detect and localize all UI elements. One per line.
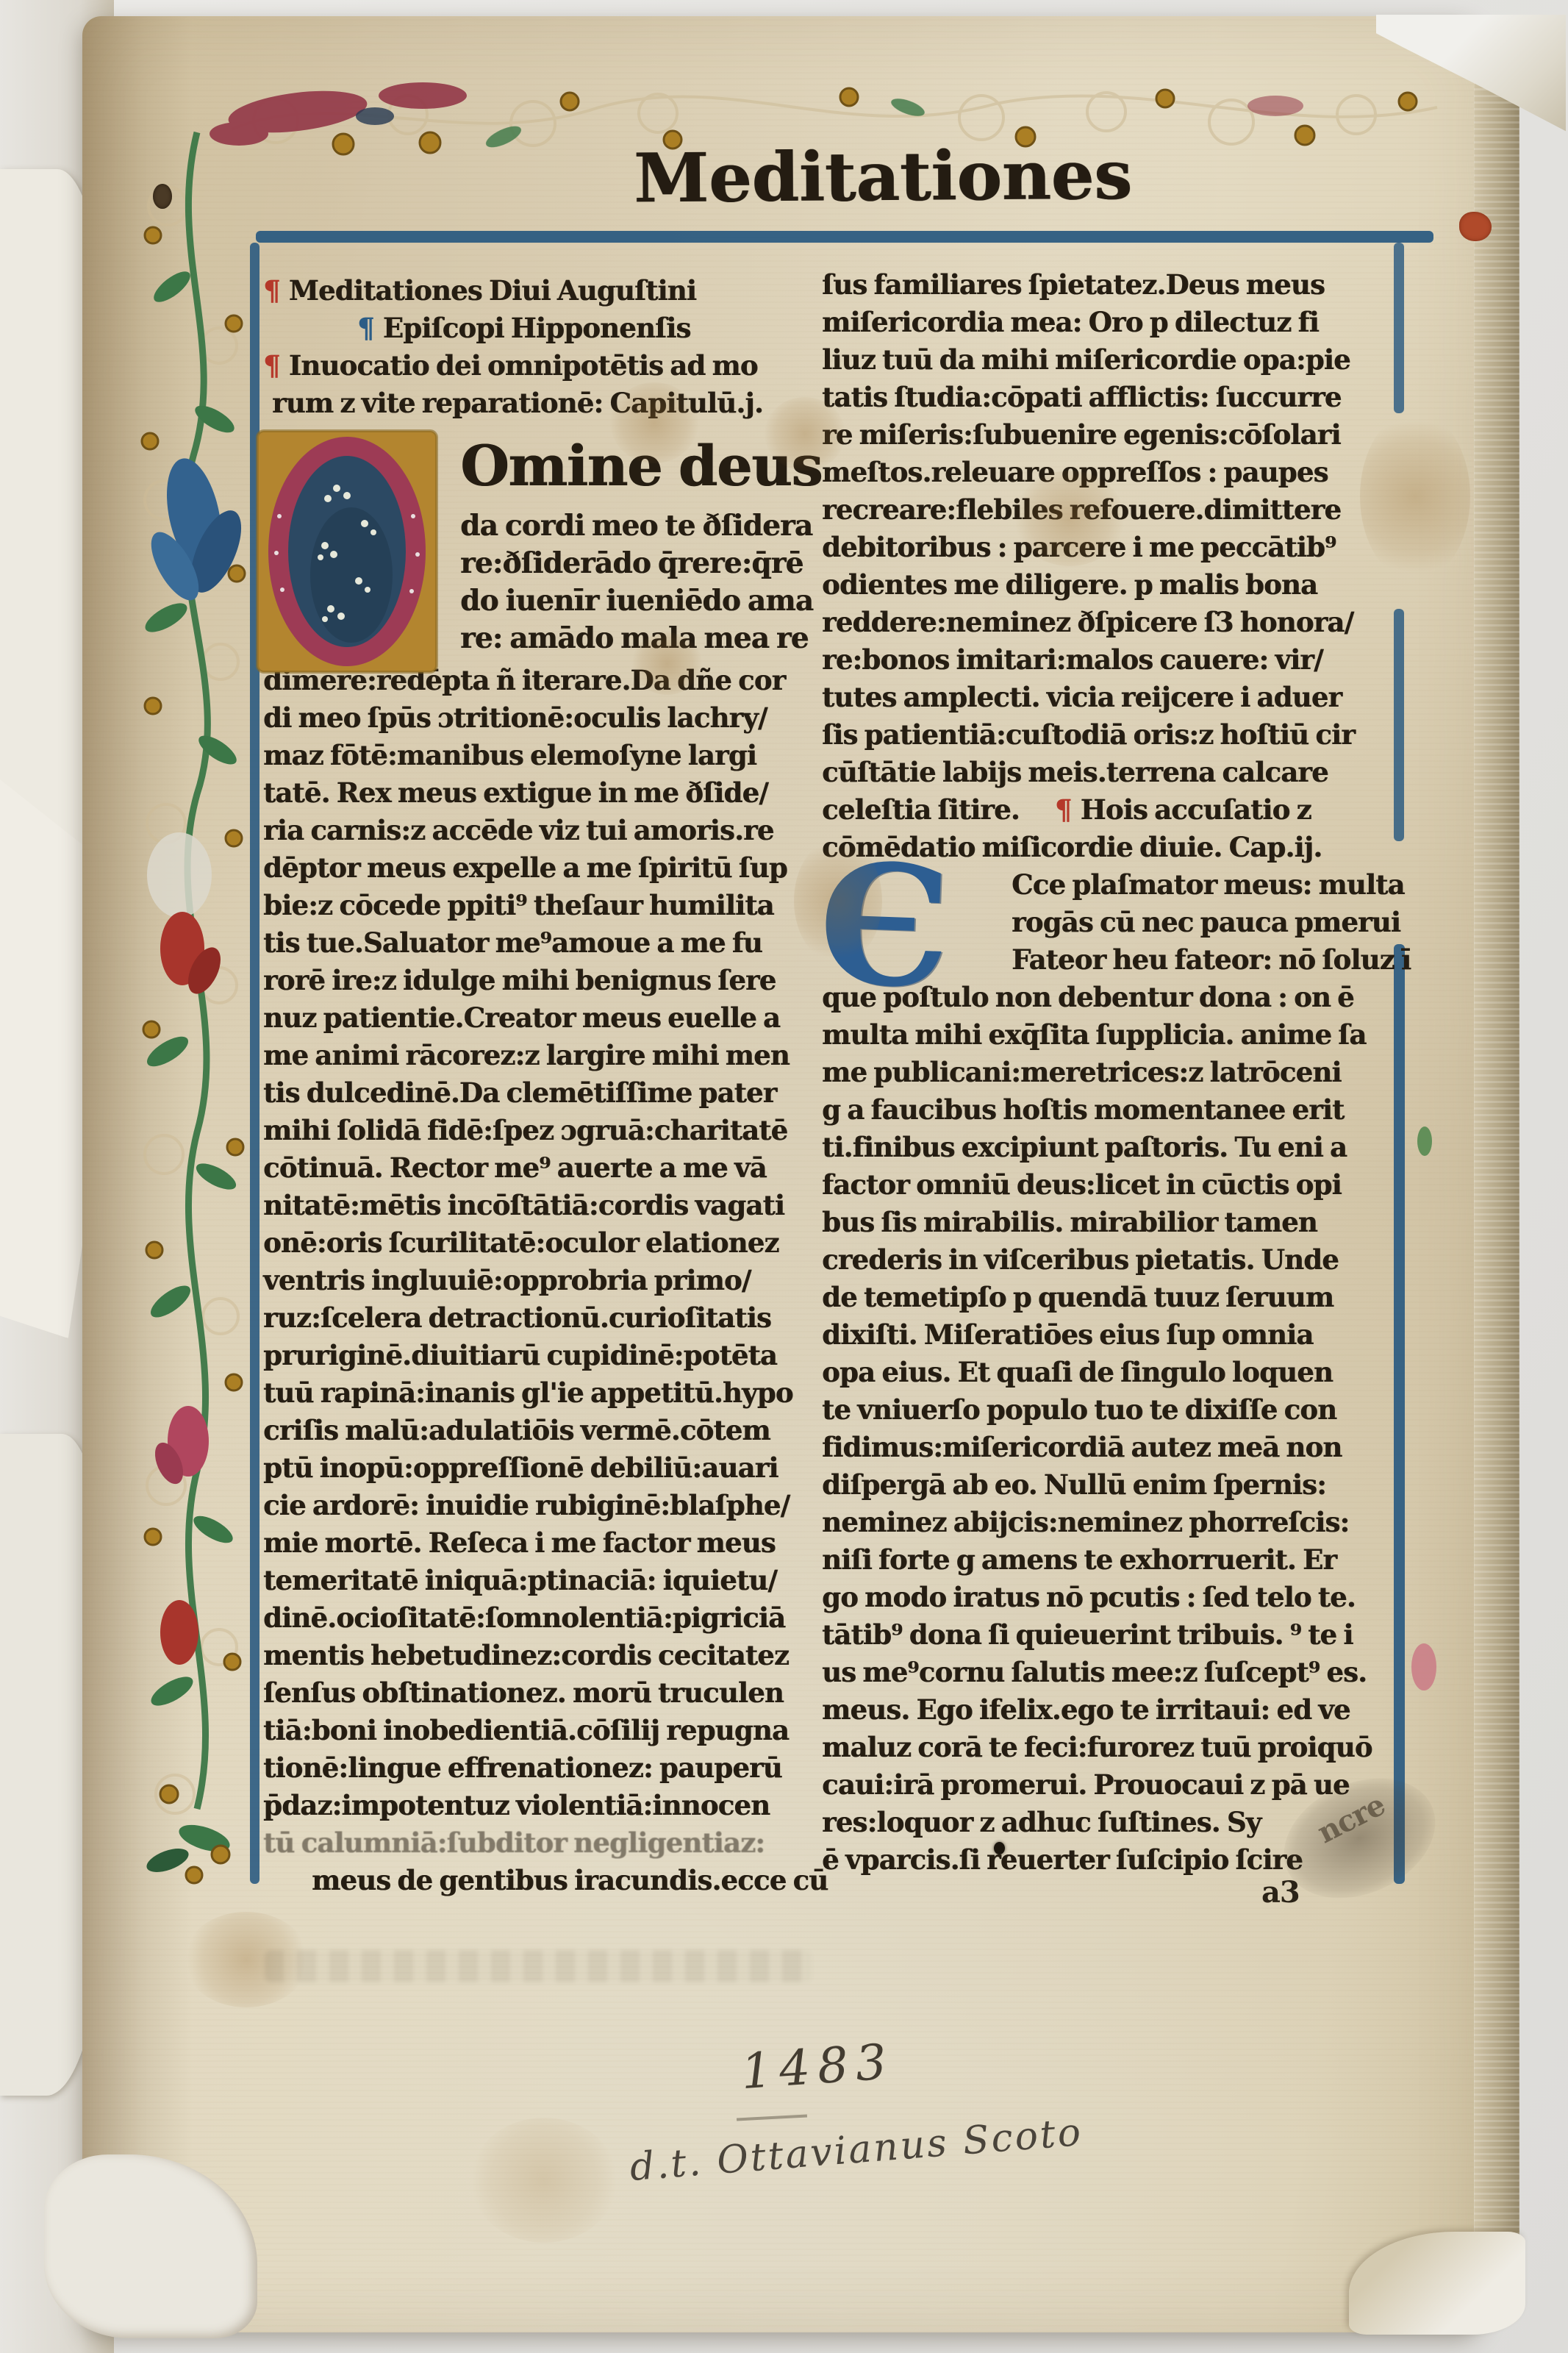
right-column-body-2: que poſtulo non debentur dona : on ēmult… <box>822 979 1406 1879</box>
text-line: miſericordia mea: Oro p dilectuz fi <box>822 304 1406 341</box>
text-line: cūſtātie labijs meis.terrena calcare <box>822 754 1406 791</box>
text-line: ruz:ſcelera detractionū.curioſitatis <box>263 1299 811 1337</box>
text-line: tātib⁹ dona ſi quieuerint tribuis. ⁹ te … <box>822 1616 1406 1654</box>
text-line: da cordi meo te ðſidera <box>460 507 811 545</box>
text-line: tuū rapinā:inanis gl'ie appetitū.hypo <box>263 1374 811 1412</box>
heading-line: ¶Meditationes Diui Auguſtini <box>263 272 811 310</box>
text-line: cie ardorē: inuidie rubiginē:blaſphe/ <box>263 1487 811 1524</box>
text-line: me animi rācorez:z largire mihi men <box>263 1037 811 1074</box>
text-line: tutes amplecti. vicia reijcere i aduer <box>822 679 1406 716</box>
heading-line: ¶Inuocatio dei omnipotētis ad mo <box>263 347 811 385</box>
photo-scene: Meditationes ¶Meditationes Diui Auguſtin… <box>0 0 1568 2353</box>
text-line: di meo ſpūs ɔtritionē:oculis lachry/ <box>263 699 811 737</box>
chapter2-title: Hois accuſatio z <box>1081 793 1311 826</box>
text-line: tū calumniā:ſubditor negligentiaz: <box>263 1824 811 1862</box>
chapter-break-line: celeſtia ſitire.¶Hois accuſatio z <box>822 791 1406 829</box>
text-line: pruriginē.diuitiarū cupidinē:potēta <box>263 1337 811 1374</box>
pilcrow-mark: ¶ <box>263 274 280 307</box>
right-column-body-1: ſus familiares ſpietatez.Deus meusmiſeri… <box>822 266 1406 791</box>
text-line: liuz tuū da mihi miſericordie opa:pie <box>822 341 1406 379</box>
text-line: rorē ire:z idulge mihi benignus ſere <box>263 962 811 999</box>
text-line: nitatē:mētis incōſtātiā:cordis vagati <box>263 1187 811 1224</box>
chapter2-opening: Є Cce plaſmator meus: multarogās cū nec … <box>822 866 1406 979</box>
text-line: mihi ſolidā fidē:ſpez ɔgruā:charitatē <box>263 1112 811 1149</box>
text-line: te vniuerſo populo tuo te dixiſſe con <box>822 1391 1406 1429</box>
heading-line: ¶Epiſcopi Hipponenſis <box>263 310 811 347</box>
illuminated-initial-d-icon <box>254 428 440 675</box>
heading-line: rum z vite reparationē: Capitulū.j. <box>263 385 811 422</box>
text-line: go modo iratus nō pcutis : ſed telo te. <box>822 1579 1406 1616</box>
red-flower <box>160 912 227 999</box>
text-line: re: amādo mala mea re <box>460 620 811 657</box>
text-line: nuz patientie.Creator meus euelle a <box>263 999 811 1037</box>
green-paint-mark <box>1417 1126 1432 1156</box>
text-line: opa eius. Et quaſi de ſingulo loquen <box>822 1354 1406 1391</box>
text-line: meus de gentibus iracundis.ecce cū <box>263 1862 811 1899</box>
text-line: g a faucibus hoſtis momentanee erit <box>822 1091 1406 1129</box>
blue-flower <box>142 454 251 607</box>
handwritten-year: 1483 <box>740 2033 896 2100</box>
offset-print-ghost <box>265 1950 812 1982</box>
heading-text: Meditationes Diui Auguſtini <box>289 274 696 307</box>
text-line: ti.finibus excipiunt paſtoris. Tu eni a <box>822 1129 1406 1166</box>
text-line: re:ðſiderādo q̄rere:q̄rē <box>460 545 811 582</box>
text-line: ſis patientiā:cuſtodiā oris:z hoſtiū cir <box>822 716 1406 754</box>
running-title: Meditationes <box>634 135 1149 218</box>
left-column-body: dimere:redēpta ñ iterare.Da dñe cordi me… <box>263 662 811 1899</box>
text-line: cōtinuā. Rector me⁹ auerte a me vā <box>263 1149 811 1187</box>
text-line: niſi forte g amens te exhorruerit. Er <box>822 1541 1406 1579</box>
heading-text: rum z vite reparationē: Capitulū.j. <box>272 387 763 419</box>
chapter1-heading: ¶Meditationes Diui Auguſtini ¶Epiſcopi H… <box>263 272 811 422</box>
text-line: ria carnis:z accēde viz tui amoris.re <box>263 812 811 849</box>
text-line: ſenſus obſtinationez. morū truculen <box>263 1674 811 1712</box>
text-line: tionē:lingue effrenationez: pauperū <box>263 1749 811 1787</box>
white-paint-blob <box>147 832 212 918</box>
text-line: do iuenīr iueniēdo ama <box>460 582 811 620</box>
text-line: Cce plaſmator meus: multa <box>1012 866 1406 904</box>
text-line: rogās cū nec pauca pmerui <box>1012 904 1406 941</box>
text-line: tatis ſtudia:cōpati afflictis: ſuccurre <box>822 379 1406 416</box>
text-line: maz fōtē:manibus elemoſyne largi <box>263 737 811 774</box>
pilcrow-mark: ¶ <box>263 349 280 382</box>
text-line: meus. Ego ifelix.ego te irritaui: ed ve <box>822 1691 1406 1729</box>
red-flower-low <box>160 1600 198 1665</box>
illuminated-initial-e-icon: Є <box>816 842 953 1012</box>
paper-hole <box>153 184 172 209</box>
left-text-column: ¶Meditationes Diui Auguſtini ¶Epiſcopi H… <box>263 272 811 1899</box>
text-line: meſtos.releuare oppreſſos : paupes <box>822 454 1406 491</box>
text-line: ptū inopū:oppreſſionē debiliū:auari <box>263 1449 811 1487</box>
text-line: recreare:flebiles refouere.dimittere <box>822 491 1406 529</box>
text-line: tiā:boni inobedientiā.cōſilij repugna <box>263 1712 811 1749</box>
text-line: tis dulcedinē.Da clemētiſſime pater <box>263 1074 811 1112</box>
text-line: maluz corā te feci:furorez tuū proiquō <box>822 1729 1406 1766</box>
text-line: dēptor meus expelle a me ſpiritū ſup <box>263 849 811 887</box>
heading-text: Epiſcopi Hipponenſis <box>383 312 691 344</box>
text-line: odientes me diligere. p malis bona <box>822 566 1406 604</box>
text-line: Fateor heu fateor: nō ſoluz ī <box>1012 941 1406 979</box>
text-line: re:bonos imitari:malos cauere: vir/ <box>822 641 1406 679</box>
text-line: us me⁹cornu ſalutis mee:z ſuſcept⁹ es. <box>822 1654 1406 1691</box>
wormhole <box>994 1842 1005 1854</box>
text-line: mentis hebetudinez:cordis cecitatez <box>263 1637 811 1674</box>
text-line: celeſtia ſitire. <box>822 793 1020 826</box>
pilcrow-mark: ¶ <box>1055 793 1072 826</box>
text-line: re miſeris:ſubuenire egenis:cōſolari <box>822 416 1406 454</box>
text-line: bie:z cōcede ppiti⁹ theſaur humilita <box>263 887 811 924</box>
text-line: mie mortē. Reſeca i me factor meus <box>263 1524 811 1562</box>
pilcrow-mark: ¶ <box>357 312 374 344</box>
text-line: debitoribus : parcere i me peccātib⁹ <box>822 529 1406 566</box>
text-line: onē:oris ſcurilitatē:oculor elationez <box>263 1224 811 1262</box>
right-text-column: ſus familiares ſpietatez.Deus meusmiſeri… <box>822 266 1406 1879</box>
text-line: factor omniū deus:licet in cūctis opi <box>822 1166 1406 1204</box>
heading-text: Inuocatio dei omnipotētis ad mo <box>289 349 758 382</box>
text-line: ventris ingluuiē:opprobria primo/ <box>263 1262 811 1299</box>
page-edge-stack <box>1474 44 1519 2294</box>
text-line: reddere:neminez ðſpicere ſ3 honora/ <box>822 604 1406 641</box>
text-line: fidimus:miſericordiā autez meā non <box>822 1429 1406 1466</box>
text-line: me publicani:meretrices:z latrōceni <box>822 1054 1406 1091</box>
pink-flower <box>149 1406 209 1488</box>
text-line: ſus familiares ſpietatez.Deus meus <box>822 266 1406 304</box>
pink-paint-mark <box>1411 1643 1436 1690</box>
red-paint-blob <box>1459 212 1492 241</box>
text-line: neminez abijcis:neminez phorreſcis: <box>822 1504 1406 1541</box>
text-line: temeritatē iniquā:ptinaciā: iquietu/ <box>263 1562 811 1599</box>
text-line: tis tue.Saluator me⁹amoue a me fu <box>263 924 811 962</box>
text-line: p̄daz:impotentuz violentiā:innocen <box>263 1787 811 1824</box>
illuminated-left-border <box>123 103 262 1886</box>
text-line: dixiſti. Miſeratiōes eius ſup omnia <box>822 1316 1406 1354</box>
text-line: dinē.ocioſitatē:ſomnolentiā:pigriciā <box>263 1599 811 1637</box>
incipit-large-text: Omine deus <box>460 425 811 507</box>
text-line: criſis malū:adulatiōis vermē.cōtem <box>263 1412 811 1449</box>
text-line: bus ſis mirabilis. mirabilior tamen <box>822 1204 1406 1241</box>
text-line: tatē. Rex meus extigue in me ðſide/ <box>263 774 811 812</box>
chapter1-opening: Omine deus da cordi meo te ðſiderare:ðſi… <box>263 422 811 662</box>
text-line: crederis in viſceribus pietatis. Unde <box>822 1241 1406 1279</box>
text-line: de temetipſo p quendā tuuz ſeruum <box>822 1279 1406 1316</box>
ruled-line-top <box>256 231 1433 243</box>
text-line: diſpergā ab eo. Nullū enim ſpernis: <box>822 1466 1406 1504</box>
